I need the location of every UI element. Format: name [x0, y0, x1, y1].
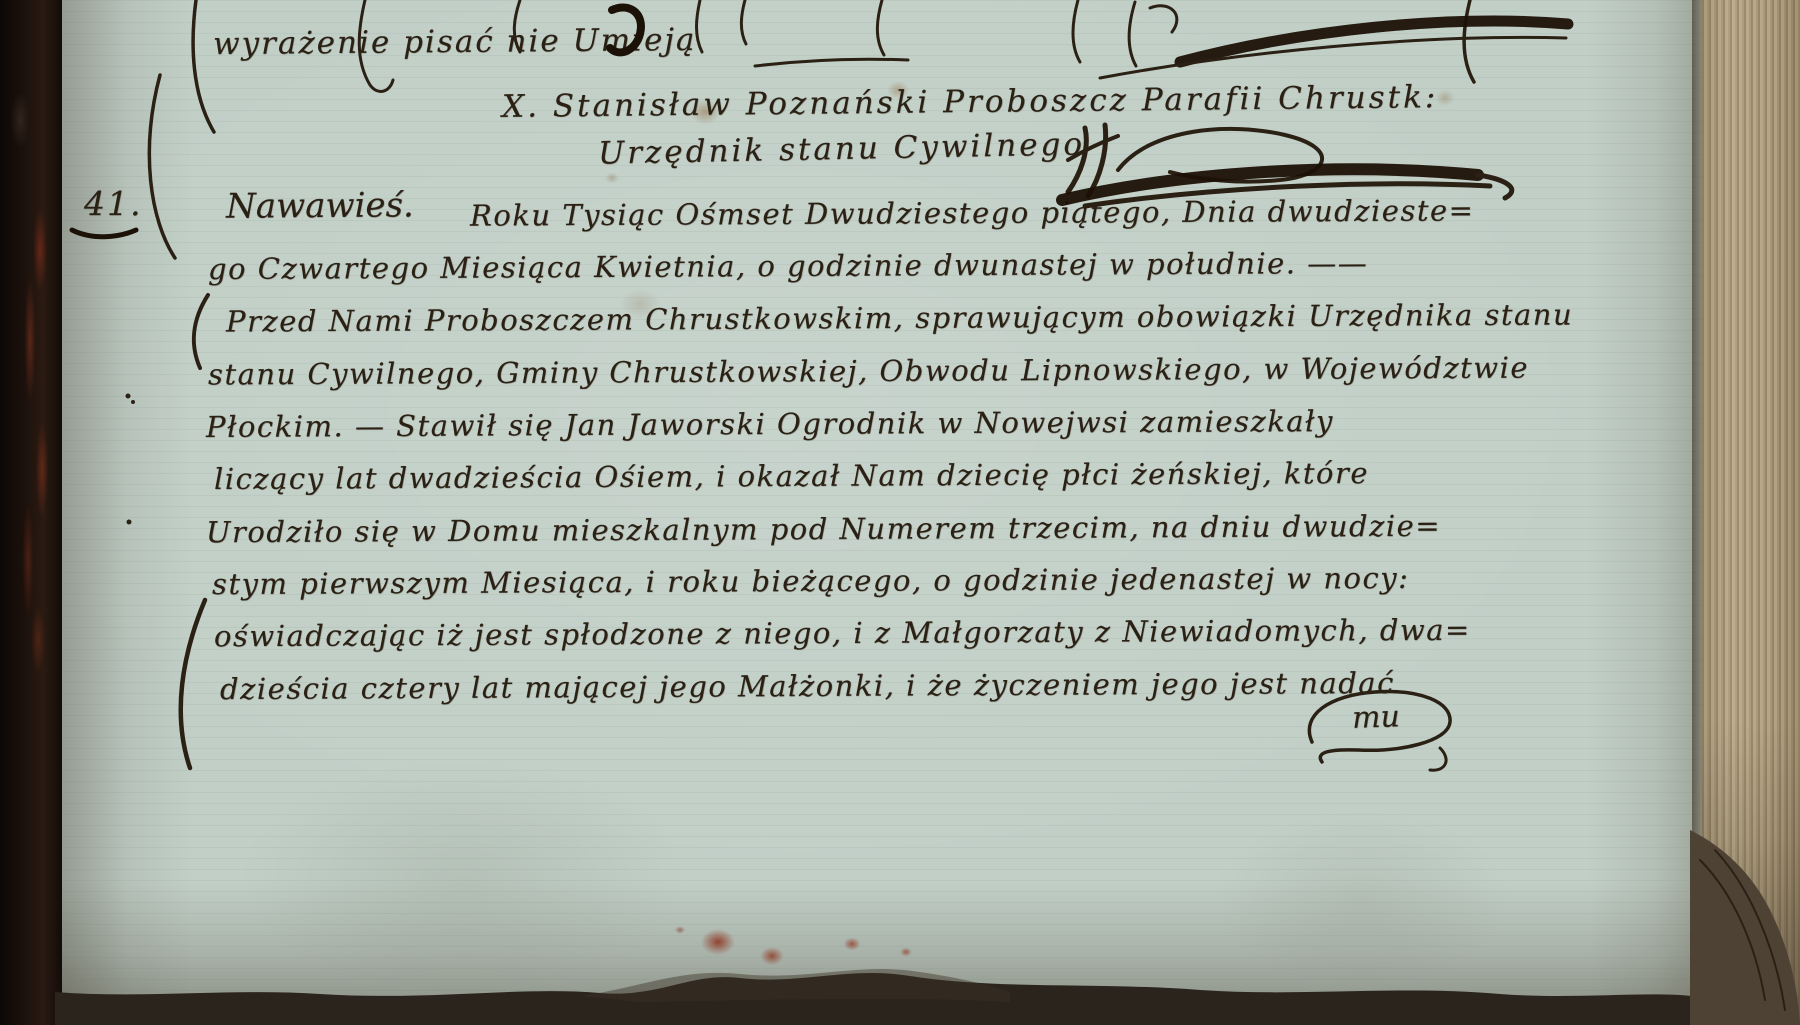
manuscript-line: Urodziło się w Domu mieszkalnym pod Nume… [206, 509, 1441, 549]
record-number: 41. [84, 184, 142, 223]
page-edge-crease [1692, 0, 1702, 1025]
binding-marbling [0, 0, 62, 1025]
manuscript-line: Płockim. — Stawił się Jan Jaworski Ogrod… [206, 404, 1334, 444]
manuscript-line: stanu Cywilnego, Gminy Chrustkowskiej, O… [208, 351, 1529, 392]
catchword: mu [1351, 699, 1400, 736]
place-name: Nawawieś. [226, 185, 414, 226]
stacked-page-edges [1702, 0, 1800, 1025]
manuscript-line: stym pierwszym Miesiąca, i roku bieżąceg… [212, 561, 1409, 601]
manuscript-line: oświadczając iż jest spłodzone z niego, … [214, 613, 1471, 654]
manuscript-line: Roku Tysiąc Ośmset Dwudziestego piątego,… [470, 193, 1475, 232]
manuscript-line: Przed Nami Proboszczem Chrustkowskim, sp… [226, 297, 1573, 338]
register-page-scan: wyrażenie pisać nie Umieją X. Stanisław … [0, 0, 1800, 1025]
manuscript-line: dzieścia cztery lat mającej jego Małżonk… [220, 666, 1395, 706]
book-binding-spine [0, 0, 62, 1025]
prior-entry-closing-line: wyrażenie pisać nie Umieją [213, 22, 697, 62]
manuscript-line: liczący lat dwadzieścia Ośiem, i okazał … [214, 456, 1369, 496]
manuscript-line: go Czwartego Miesiąca Kwietnia, o godzin… [208, 246, 1368, 286]
